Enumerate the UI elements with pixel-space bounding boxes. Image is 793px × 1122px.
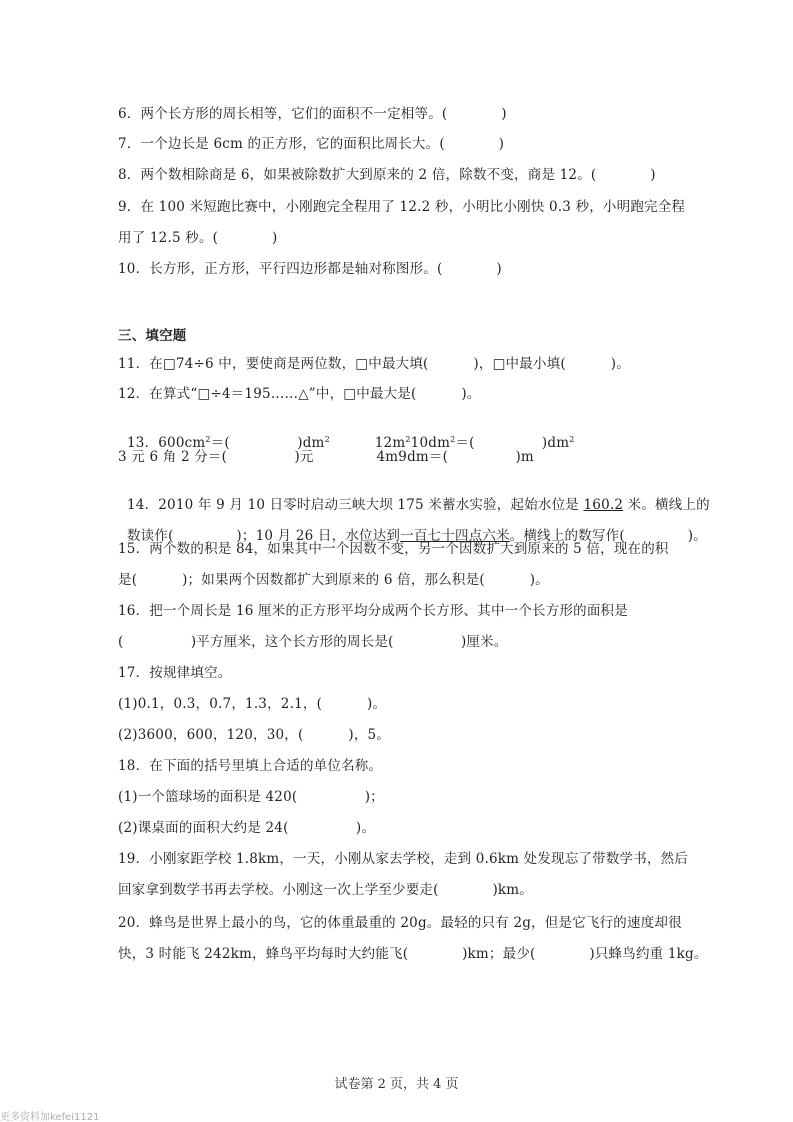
question-7: 7．一个边长是 6cm 的正方形，它的面积比周长大。( ) <box>118 135 504 153</box>
question-17: 17．按规律填空。 <box>118 664 231 682</box>
question-9-line2: 用了 12.5 秒。( ) <box>118 229 277 247</box>
question-19-line2: 回家拿到数学书再去学校。小刚这一次上学至少要走( )km。 <box>118 881 533 899</box>
question-20-line1: 20．蜂鸟是世界上最小的鸟，它的体重最重的 20g。最轻的只有 2g，但是它飞行… <box>118 914 682 932</box>
question-16-line2: ( )平方厘米，这个长方形的周长是( )厘米。 <box>118 633 508 651</box>
question-20-line2: 快，3 时能飞 242km，蜂鸟平均每时大约能飞( )km；最少( )只蜂鸟约重… <box>118 945 708 963</box>
question-18: 18．在下面的括号里填上合适的单位名称。 <box>118 757 382 775</box>
question-15-line1: 15．两个数的积是 84，如果其中一个因数不变，另一个因数扩大到原来的 5 倍，… <box>118 540 669 558</box>
question-16-line1: 16．把一个周长是 16 厘米的正方形平均分成两个长方形、其中一个长方形的面积是 <box>118 602 628 620</box>
question-13-line1: 13．600cm2＝( )dm2 12m210dm2＝( )dm2 <box>118 416 575 452</box>
sup: 2 <box>569 435 574 444</box>
question-11: 11．在□74÷6 中，要使商是两位数，□中最大填( )，□中最小填( )。 <box>118 355 630 373</box>
question-15-line2: 是( )；如果两个因数都扩大到原来的 6 倍，那么积是( )。 <box>118 571 549 589</box>
watermark: 更多资料加kefei1121 <box>0 1108 100 1122</box>
question-6: 6．两个长方形的周长相等，它们的面积不一定相等。( ) <box>118 105 507 123</box>
question-13-line2: 3 元 6 角 2 分＝( )元 4m9dm＝( )m <box>118 448 534 466</box>
question-8: 8．两个数相除商是 6，如果被除数扩大到原来的 2 倍，除数不变，商是 12。(… <box>118 166 656 184</box>
section-title: 三、填空题 <box>118 327 187 345</box>
question-18-2: (2)课桌面的面积大约是 24( )。 <box>118 819 375 837</box>
question-9-line1: 9．在 100 米短跑比赛中，小刚跑完全程用了 12.2 秒，小明比小刚快 0.… <box>118 198 685 216</box>
question-19-line1: 19．小刚家距学校 1.8km，一天，小刚从家去学校，走到 0.6km 处发现忘… <box>118 850 688 868</box>
page-footer: 试卷第 2 页，共 4 页 <box>0 1073 793 1092</box>
question-12: 12．在算式“□÷4＝195……△”中，□中最大是( )。 <box>118 385 481 403</box>
question-18-1: (1)一个篮球场的面积是 420( )； <box>118 788 384 806</box>
question-17-2: (2)3600，600，120，30，( )，5。 <box>118 726 390 744</box>
question-17-1: (1)0.1，0.3，0.7，1.3，2.1，( )。 <box>118 695 386 713</box>
question-10: 10．长方形，正方形，平行四边形都是轴对称图形。( ) <box>118 260 502 278</box>
